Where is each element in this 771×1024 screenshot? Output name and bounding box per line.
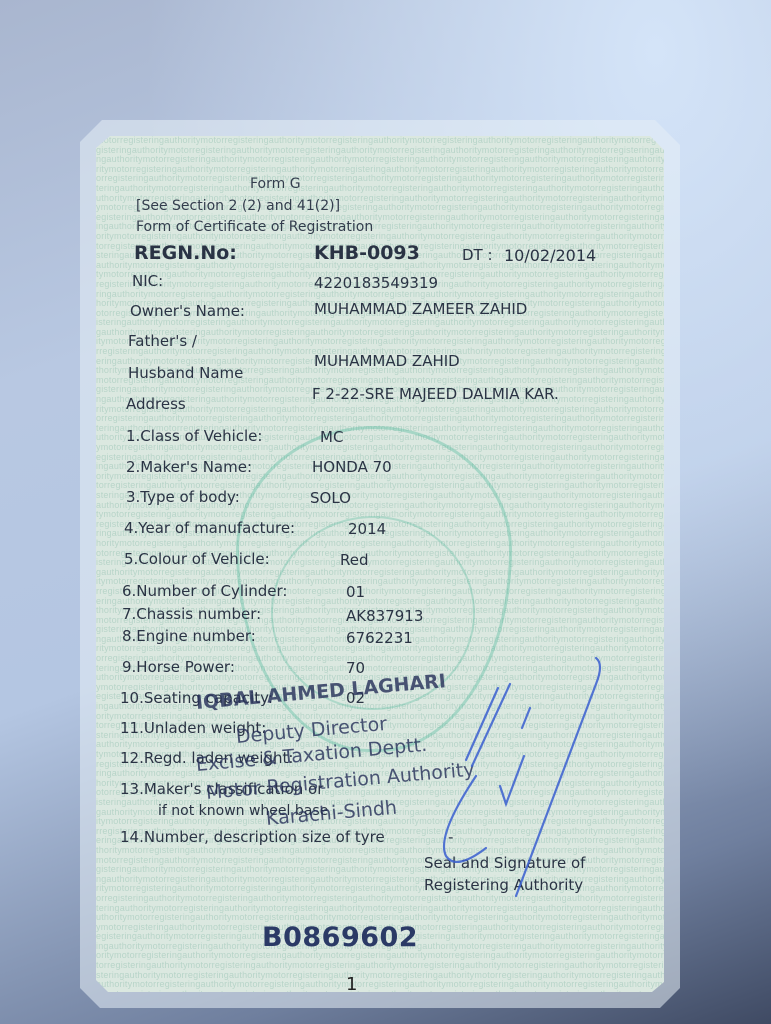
signature-mark <box>96 136 664 992</box>
serial-number: B0869602 <box>262 922 418 953</box>
registration-certificate-card: motorregisteringauthoritymotorregisterin… <box>96 136 664 992</box>
page-number: 1 <box>346 974 357 992</box>
